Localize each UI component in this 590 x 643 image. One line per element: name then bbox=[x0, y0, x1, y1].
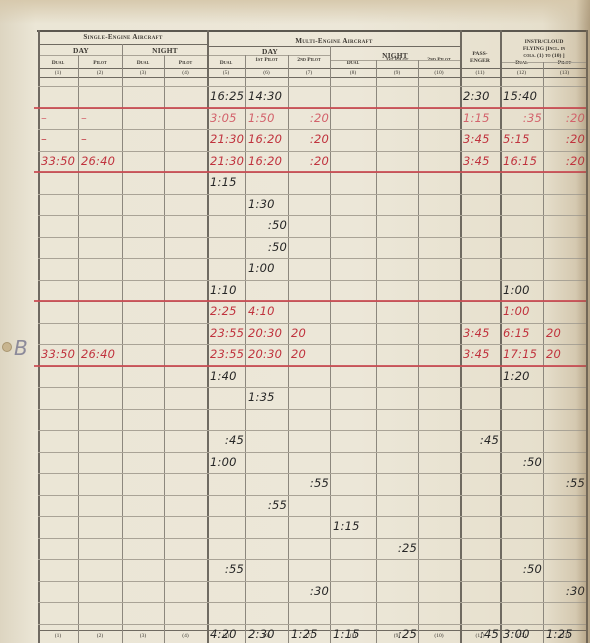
row-rule bbox=[38, 215, 586, 216]
multi-engine-rule bbox=[208, 46, 460, 47]
row-rule bbox=[38, 323, 586, 324]
column-number: (2) bbox=[78, 633, 122, 639]
page-edge-shadow bbox=[0, 0, 590, 24]
row-rule bbox=[38, 516, 586, 517]
logbook-entry: 1:15 bbox=[210, 175, 244, 189]
logbook-entry: 5:15 bbox=[503, 132, 542, 146]
column-number: (3) bbox=[122, 633, 164, 639]
column-number: (12) bbox=[500, 70, 543, 76]
logbook-entry: :25 bbox=[379, 541, 417, 555]
instr-header-line3: cols. (1) to (10) ] bbox=[502, 54, 586, 60]
logbook-entry: :20 bbox=[291, 111, 329, 125]
multi-engine-header: Multi-Engine Aircraft bbox=[210, 38, 458, 45]
logbook-entry: – bbox=[41, 111, 77, 125]
column-number: (13) bbox=[543, 70, 586, 76]
row-rule bbox=[38, 280, 586, 281]
logbook-entry: 20:30 bbox=[248, 326, 287, 340]
subcolumn-header: Dual bbox=[330, 61, 376, 67]
margin-note: B bbox=[14, 336, 28, 360]
logbook-entry: 1:10 bbox=[210, 283, 244, 297]
logbook-entry: :55 bbox=[248, 498, 287, 512]
column-number: (1) bbox=[38, 70, 78, 76]
subcolumn-header: 1st Pilot bbox=[245, 58, 288, 64]
instr-header-line1: INSTR/CLOUD bbox=[502, 40, 586, 46]
logbook-entry: 4:20 bbox=[210, 627, 244, 641]
logbook-entry: 23:55 bbox=[210, 326, 244, 340]
logbook-entry: 16:25 bbox=[210, 89, 244, 103]
logbook-entry: 1:25 bbox=[291, 627, 329, 641]
subcolumn-header: 2nd Pilot bbox=[288, 58, 330, 64]
logbook-entry: 20 bbox=[291, 326, 329, 340]
logbook-entry: :55 bbox=[546, 476, 585, 490]
logbook-entry: 1:00 bbox=[210, 455, 244, 469]
subheader-rule bbox=[38, 68, 586, 69]
single-day-header: DAY bbox=[40, 47, 122, 54]
logbook-entry: 26:40 bbox=[81, 154, 121, 168]
subcolumn-header: Pilot bbox=[164, 61, 207, 67]
logbook-entry: 3:05 bbox=[210, 111, 244, 125]
logbook-entry: 1:35 bbox=[248, 390, 287, 404]
row-rule bbox=[38, 344, 586, 345]
logbook-entry: 1:50 bbox=[248, 111, 287, 125]
logbook-entry: 33:50 bbox=[41, 347, 77, 361]
multi-night-rule bbox=[330, 60, 460, 61]
column-number: (6) bbox=[245, 70, 288, 76]
logbook-entry: 2:30 bbox=[463, 89, 499, 103]
row-rule bbox=[38, 538, 586, 539]
row-rule bbox=[38, 86, 586, 87]
logbook-entry: 14:30 bbox=[248, 89, 287, 103]
logbook-entry: :45 bbox=[463, 627, 499, 641]
logbook-entry: 6:15 bbox=[503, 326, 542, 340]
logbook-entry: 23:55 bbox=[210, 347, 244, 361]
red-total-rule bbox=[34, 171, 586, 173]
row-rule bbox=[38, 624, 586, 625]
logbook-entry: 20 bbox=[291, 347, 329, 361]
logbook-entry: :35 bbox=[503, 111, 542, 125]
logbook-entry: 16:20 bbox=[248, 154, 287, 168]
logbook-entry: :20 bbox=[291, 154, 329, 168]
logbook-entry: 1:15 bbox=[463, 111, 499, 125]
column-divider bbox=[376, 60, 377, 643]
logbook-entry: :50 bbox=[503, 562, 542, 576]
column-number: (10) bbox=[418, 70, 460, 76]
logbook-entry: 1:15 bbox=[333, 519, 375, 533]
row-rule bbox=[38, 581, 586, 582]
column-number: (7) bbox=[288, 70, 330, 76]
column-number: (5) bbox=[207, 70, 245, 76]
logbook-entry: :55 bbox=[210, 562, 244, 576]
logbook-entry: 16:15 bbox=[503, 154, 542, 168]
logbook-entry: :20 bbox=[291, 132, 329, 146]
logbook-entry: 2:25 bbox=[210, 304, 244, 318]
single-engine-rule bbox=[38, 44, 208, 45]
logbook-entry: 1:15 bbox=[333, 627, 375, 641]
logbook-entry: 33:50 bbox=[41, 154, 77, 168]
logbook-entry: :20 bbox=[546, 111, 585, 125]
logbook-entry: 20 bbox=[546, 347, 585, 361]
logbook-entry: 3:45 bbox=[463, 154, 499, 168]
red-total-rule bbox=[34, 365, 586, 367]
logbook-entry: 16:20 bbox=[248, 132, 287, 146]
row-rule bbox=[38, 258, 586, 259]
row-rule bbox=[38, 237, 586, 238]
passenger-header-line1: PASS- bbox=[460, 52, 500, 58]
column-number: (4) bbox=[164, 70, 207, 76]
column-divider bbox=[288, 55, 289, 643]
row-rule bbox=[38, 430, 586, 431]
logbook-entry: 3:45 bbox=[463, 347, 499, 361]
column-divider bbox=[245, 55, 246, 643]
logbook-entry: 21:30 bbox=[210, 154, 244, 168]
logbook-entry: :20 bbox=[546, 132, 585, 146]
column-divider bbox=[38, 30, 40, 643]
column-divider bbox=[418, 60, 419, 643]
logbook-entry: 1:30 bbox=[248, 197, 287, 211]
logbook-entry: 26:40 bbox=[81, 347, 121, 361]
logbook-entry: :50 bbox=[248, 240, 287, 254]
logbook-page: B Single-Engine Aircraft Multi-Engine Ai… bbox=[0, 0, 590, 643]
subcolumn-header: Pilot bbox=[78, 61, 122, 67]
logbook-entry: 17:15 bbox=[503, 347, 542, 361]
logbook-entry: 3:45 bbox=[463, 326, 499, 340]
logbook-entry: – bbox=[41, 132, 77, 146]
row-rule bbox=[38, 194, 586, 195]
binding-hole bbox=[2, 342, 12, 352]
column-divider bbox=[500, 30, 502, 643]
column-number: (4) bbox=[164, 633, 207, 639]
logbook-entry: 15:40 bbox=[503, 89, 542, 103]
column-divider bbox=[543, 62, 544, 643]
column-number: (2) bbox=[78, 70, 122, 76]
column-number: (3) bbox=[122, 70, 164, 76]
column-number: (1) bbox=[38, 633, 78, 639]
logbook-entry: 20 bbox=[546, 326, 585, 340]
multi-day-rule bbox=[208, 55, 330, 56]
logbook-entry: 1:20 bbox=[503, 369, 542, 383]
logbook-entry: :25 bbox=[379, 627, 417, 641]
row-rule bbox=[38, 452, 586, 453]
red-total-rule bbox=[34, 300, 586, 302]
table-top-border bbox=[37, 30, 587, 32]
logbook-entry: :20 bbox=[546, 154, 585, 168]
logbook-entry: :50 bbox=[503, 455, 542, 469]
logbook-entry: 1:40 bbox=[210, 369, 244, 383]
logbook-entry: :45 bbox=[463, 433, 499, 447]
logbook-entry: :45 bbox=[210, 433, 244, 447]
column-divider bbox=[207, 30, 209, 643]
instr-header-line2: FLYING [Incl. in bbox=[502, 47, 586, 53]
row-rule bbox=[38, 495, 586, 496]
subcolumn-header: Dual bbox=[207, 61, 245, 67]
row-rule bbox=[38, 409, 586, 410]
logbook-entry: 2:30 bbox=[248, 627, 287, 641]
logbook-entry: :30 bbox=[546, 584, 585, 598]
row-rule bbox=[38, 602, 586, 603]
column-number: (11) bbox=[460, 70, 500, 76]
logbook-entry: 21:30 bbox=[210, 132, 244, 146]
logbook-entry: :30 bbox=[291, 584, 329, 598]
logbook-entry: 3:45 bbox=[463, 132, 499, 146]
logbook-entry: 1:00 bbox=[503, 283, 542, 297]
logbook-entry: 4:10 bbox=[248, 304, 287, 318]
subcolumn-header: Dual bbox=[38, 61, 78, 67]
logbook-entry: – bbox=[81, 111, 121, 125]
passenger-header-line2: ENGER bbox=[460, 59, 500, 65]
single-day-night-rule bbox=[38, 55, 208, 56]
column-divider bbox=[164, 55, 165, 643]
colnum-rule bbox=[38, 77, 586, 78]
column-number: (9) bbox=[376, 70, 418, 76]
red-total-rule bbox=[34, 107, 586, 109]
logbook-entry: :50 bbox=[248, 218, 287, 232]
logbook-entry: 1:00 bbox=[248, 261, 287, 275]
logbook-entry: 3:00 bbox=[503, 627, 542, 641]
column-number: (10) bbox=[418, 633, 460, 639]
subcolumn-header: Dual bbox=[122, 61, 164, 67]
column-number: (8) bbox=[330, 70, 376, 76]
logbook-entry: 1:00 bbox=[503, 304, 542, 318]
single-night-header: NIGHT bbox=[124, 47, 206, 54]
row-rule bbox=[38, 151, 586, 152]
column-divider bbox=[78, 55, 79, 643]
column-divider bbox=[586, 30, 588, 643]
column-divider bbox=[460, 30, 462, 643]
logbook-entry: 20:30 bbox=[248, 347, 287, 361]
row-rule bbox=[38, 129, 586, 130]
row-rule bbox=[38, 387, 586, 388]
row-rule bbox=[38, 473, 586, 474]
logbook-entry: 1:25 bbox=[546, 627, 585, 641]
row-rule bbox=[38, 559, 586, 560]
single-engine-header: Single-Engine Aircraft bbox=[40, 34, 206, 41]
logbook-entry: – bbox=[81, 132, 121, 146]
logbook-entry: :55 bbox=[291, 476, 329, 490]
